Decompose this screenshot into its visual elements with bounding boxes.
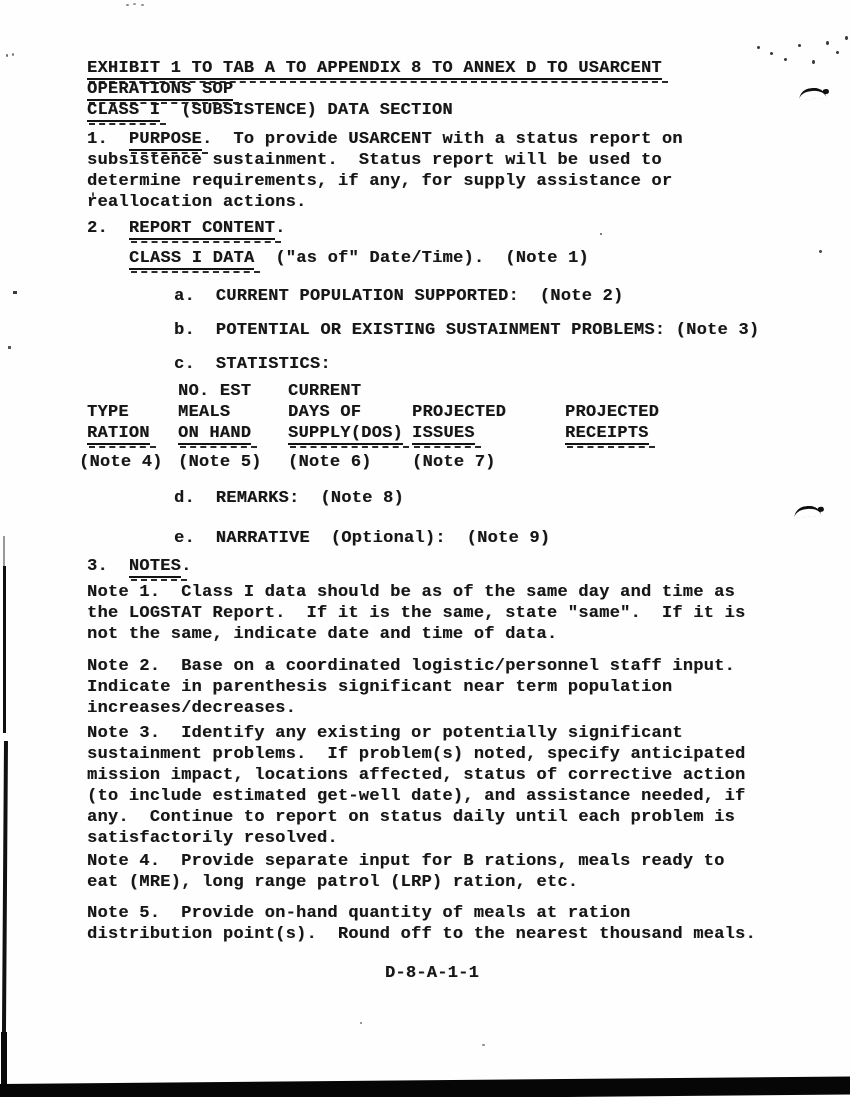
stats-cell (412, 381, 565, 402)
title-line-3-class: CLASS I (87, 101, 160, 122)
section-3-notes: 3. NOTES. (87, 556, 777, 577)
scan-speckle (141, 4, 144, 6)
section-3-label: NOTES (129, 557, 181, 578)
scanned-document-page: EXHIBIT 1 TO TAB A TO APPENDIX 8 TO ANNE… (0, 0, 850, 1097)
note-1-text: Note 1. Class I data should be as of the… (87, 583, 745, 644)
section-1-purpose: 1. PURPOSE. To provide USARCENT with a s… (87, 129, 777, 213)
scan-speckle (92, 192, 94, 197)
stats-column-projected-issues: PROJECTEDISSUES (412, 381, 565, 444)
class-i-data-label: CLASS I DATA (129, 249, 254, 270)
scan-speckle (600, 233, 602, 235)
item-d-remarks: d. REMARKS: (Note 8) (174, 488, 777, 509)
note-5-text: Note 5. Provide on-hand quantity of meal… (87, 904, 756, 944)
note-2-text: Note 2. Base on a coordinated logistic/p… (87, 657, 735, 718)
note-1: Note 1. Class I data should be as of the… (87, 582, 777, 645)
class-i-data-rest: ("as of" Date/Time). (Note 1) (254, 249, 588, 268)
stats-cell: MEALS (178, 402, 288, 423)
item-a-text: a. CURRENT POPULATION SUPPORTED: (Note 2… (174, 287, 623, 306)
item-e-narrative: e. NARRATIVE (Optional): (Note 9) (174, 528, 777, 549)
stats-cell: NO. EST (178, 381, 288, 402)
scan-speckle (798, 44, 801, 47)
stats-underlined-header: SUPPLY(DOS) (288, 424, 403, 445)
stats-cell: PROJECTED (565, 402, 777, 423)
item-e-text: e. NARRATIVE (Optional): (Note 9) (174, 529, 550, 548)
stats-note-ref: (Note 7) (412, 452, 565, 473)
stats-note-ref: (Note 5) (178, 452, 288, 473)
stats-cell: RECEIPTS (565, 423, 777, 444)
item-b-text: b. POTENTIAL OR EXISTING SUSTAINMENT PRO… (174, 321, 759, 340)
scan-speckle (784, 58, 787, 61)
note-4-text: Note 4. Provide separate input for B rat… (87, 852, 725, 892)
scan-bottom-border (0, 1076, 850, 1097)
statistics-table-header: TYPERATION NO. ESTMEALSON HAND CURRENTDA… (87, 381, 777, 444)
title-line-1: EXHIBIT 1 TO TAB A TO APPENDIX 8 TO ANNE… (87, 58, 777, 79)
scan-speckle (360, 1022, 362, 1024)
stats-cell: RATION (87, 423, 178, 444)
statistics-table-notes-row: (Note 4) (Note 5) (Note 6) (Note 7) (87, 452, 777, 473)
stats-cell: TYPE (87, 402, 178, 423)
scan-speckle (812, 60, 815, 64)
scan-speckle (770, 52, 773, 55)
page-number: D-8-A-1-1 (87, 963, 777, 984)
stats-cell: DAYS OF (288, 402, 412, 423)
section-2-label: REPORT CONTENT (129, 219, 275, 240)
section-2-report-content: 2. REPORT CONTENT. (87, 218, 777, 239)
section-1-label: PURPOSE (129, 130, 202, 151)
stats-note-ref: (Note 6) (288, 452, 412, 473)
page-number-text: D-8-A-1-1 (385, 964, 479, 983)
scan-speckle (826, 41, 829, 45)
scan-speckle (836, 51, 839, 54)
scan-speckle (6, 54, 8, 57)
stats-cell: CURRENT (288, 381, 412, 402)
stats-underlined-header: ON HAND (178, 424, 251, 445)
pen-mark (794, 505, 822, 518)
title-line-1-text: EXHIBIT 1 TO TAB A TO APPENDIX 8 TO ANNE… (87, 59, 662, 80)
item-a-current-population: a. CURRENT POPULATION SUPPORTED: (Note 2… (174, 286, 777, 307)
stats-cell: ON HAND (178, 423, 288, 444)
scan-speckle (8, 346, 11, 349)
note-3-text: Note 3. Identify any existing or potenti… (87, 724, 745, 848)
item-d-text: d. REMARKS: (Note 8) (174, 489, 404, 508)
stats-cell (87, 381, 178, 402)
item-c-text: c. STATISTICS: (174, 355, 331, 374)
scan-speckle (845, 36, 848, 40)
scan-speckle (819, 250, 822, 253)
note-4: Note 4. Provide separate input for B rat… (87, 851, 777, 893)
scan-edge-line (3, 566, 6, 733)
section-1-number: 1. (87, 130, 129, 149)
note-5: Note 5. Provide on-hand quantity of meal… (87, 903, 777, 945)
section-3-number: 3. (87, 557, 129, 576)
stats-underlined-header: RATION (87, 424, 150, 445)
stats-cell: SUPPLY(DOS) (288, 423, 412, 444)
note-3: Note 3. Identify any existing or potenti… (87, 723, 777, 849)
class-i-data-line: CLASS I DATA ("as of" Date/Time). (Note … (129, 248, 777, 269)
document-content: EXHIBIT 1 TO TAB A TO APPENDIX 8 TO ANNE… (87, 58, 777, 984)
stats-note-ref: (Note 4) (79, 452, 178, 473)
item-c-statistics: c. STATISTICS: (174, 354, 777, 375)
note-2: Note 2. Base on a coordinated logistic/p… (87, 656, 777, 719)
stats-column-projected-receipts: PROJECTEDRECEIPTS (565, 381, 777, 444)
document-title: EXHIBIT 1 TO TAB A TO APPENDIX 8 TO ANNE… (87, 58, 777, 121)
scan-speckle (126, 4, 129, 6)
stats-cell: ISSUES (412, 423, 565, 444)
section-2-period: . (275, 219, 285, 238)
scan-speckle (482, 1044, 485, 1046)
scan-speckle (12, 53, 14, 56)
stats-cell: PROJECTED (412, 402, 565, 423)
stats-underlined-header: RECEIPTS (565, 424, 649, 445)
section-3-period: . (181, 557, 191, 576)
scan-edge-line (3, 536, 5, 566)
scan-speckle (13, 291, 17, 294)
stats-cell (565, 381, 777, 402)
item-b-sustainment-problems: b. POTENTIAL OR EXISTING SUSTAINMENT PRO… (174, 320, 777, 341)
stats-column-type-ration: TYPERATION (87, 381, 178, 444)
scan-speckle (757, 46, 760, 49)
stats-underlined-header: ISSUES (412, 424, 475, 445)
scan-speckle (133, 3, 136, 5)
stats-column-meals-on-hand: NO. ESTMEALSON HAND (178, 381, 288, 444)
stats-column-days-of-supply: CURRENTDAYS OFSUPPLY(DOS) (288, 381, 412, 444)
stats-note-ref (565, 452, 777, 473)
title-line-2-text: OPERATIONS SOP (87, 80, 233, 101)
pen-mark (799, 87, 827, 100)
section-2-number: 2. (87, 219, 129, 238)
